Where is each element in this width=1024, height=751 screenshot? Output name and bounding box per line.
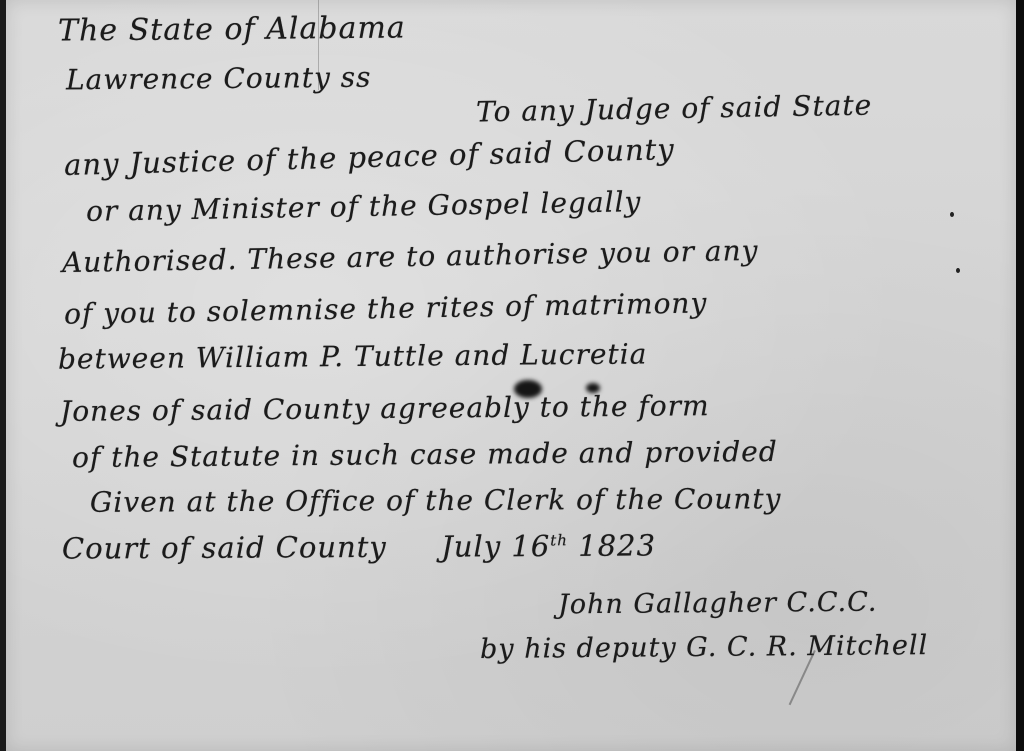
body-line-county: Jones of said County agreeably to the fo… xyxy=(60,389,710,428)
given-line-office: Given at the Office of the Clerk of the … xyxy=(90,482,782,519)
date-suffix: th xyxy=(550,531,568,549)
signature-deputy: by his deputy G. C. R. Mitchell xyxy=(480,630,928,665)
ink-speck xyxy=(950,212,954,217)
heading-county: Lawrence County ss xyxy=(66,61,372,97)
body-line-statute: of the Statute in such case made and pro… xyxy=(72,435,778,474)
address-line-minister: or any Minister of the Gospel legally xyxy=(86,185,642,228)
ink-blot xyxy=(514,380,542,398)
address-line-judge: To any Judge of said State xyxy=(476,89,873,129)
court-text: Court of said County xyxy=(62,530,387,566)
body-line-parties: between William P. Tuttle and Lucretia xyxy=(58,337,648,375)
ink-blot xyxy=(586,383,600,393)
issue-date: July 16th 1823 xyxy=(441,528,656,563)
date-year: 1823 xyxy=(578,528,656,562)
given-line-court: Court of said County July 16th 1823 xyxy=(62,528,656,565)
body-line-authorise: Authorised. These are to authorise you o… xyxy=(62,234,759,279)
ink-speck xyxy=(956,268,960,273)
document-page: The State of Alabama Lawrence County ss … xyxy=(6,0,1016,751)
scan-border xyxy=(1016,0,1024,751)
date-month-day: July 16 xyxy=(441,529,550,564)
heading-state: The State of Alabama xyxy=(58,10,406,48)
signature-clerk: John Gallagher C.C.C. xyxy=(558,587,878,621)
address-line-justice: any Justice of the peace of said County xyxy=(64,132,675,182)
body-line-solemnise: of you to solemnise the rites of matrimo… xyxy=(64,286,708,330)
